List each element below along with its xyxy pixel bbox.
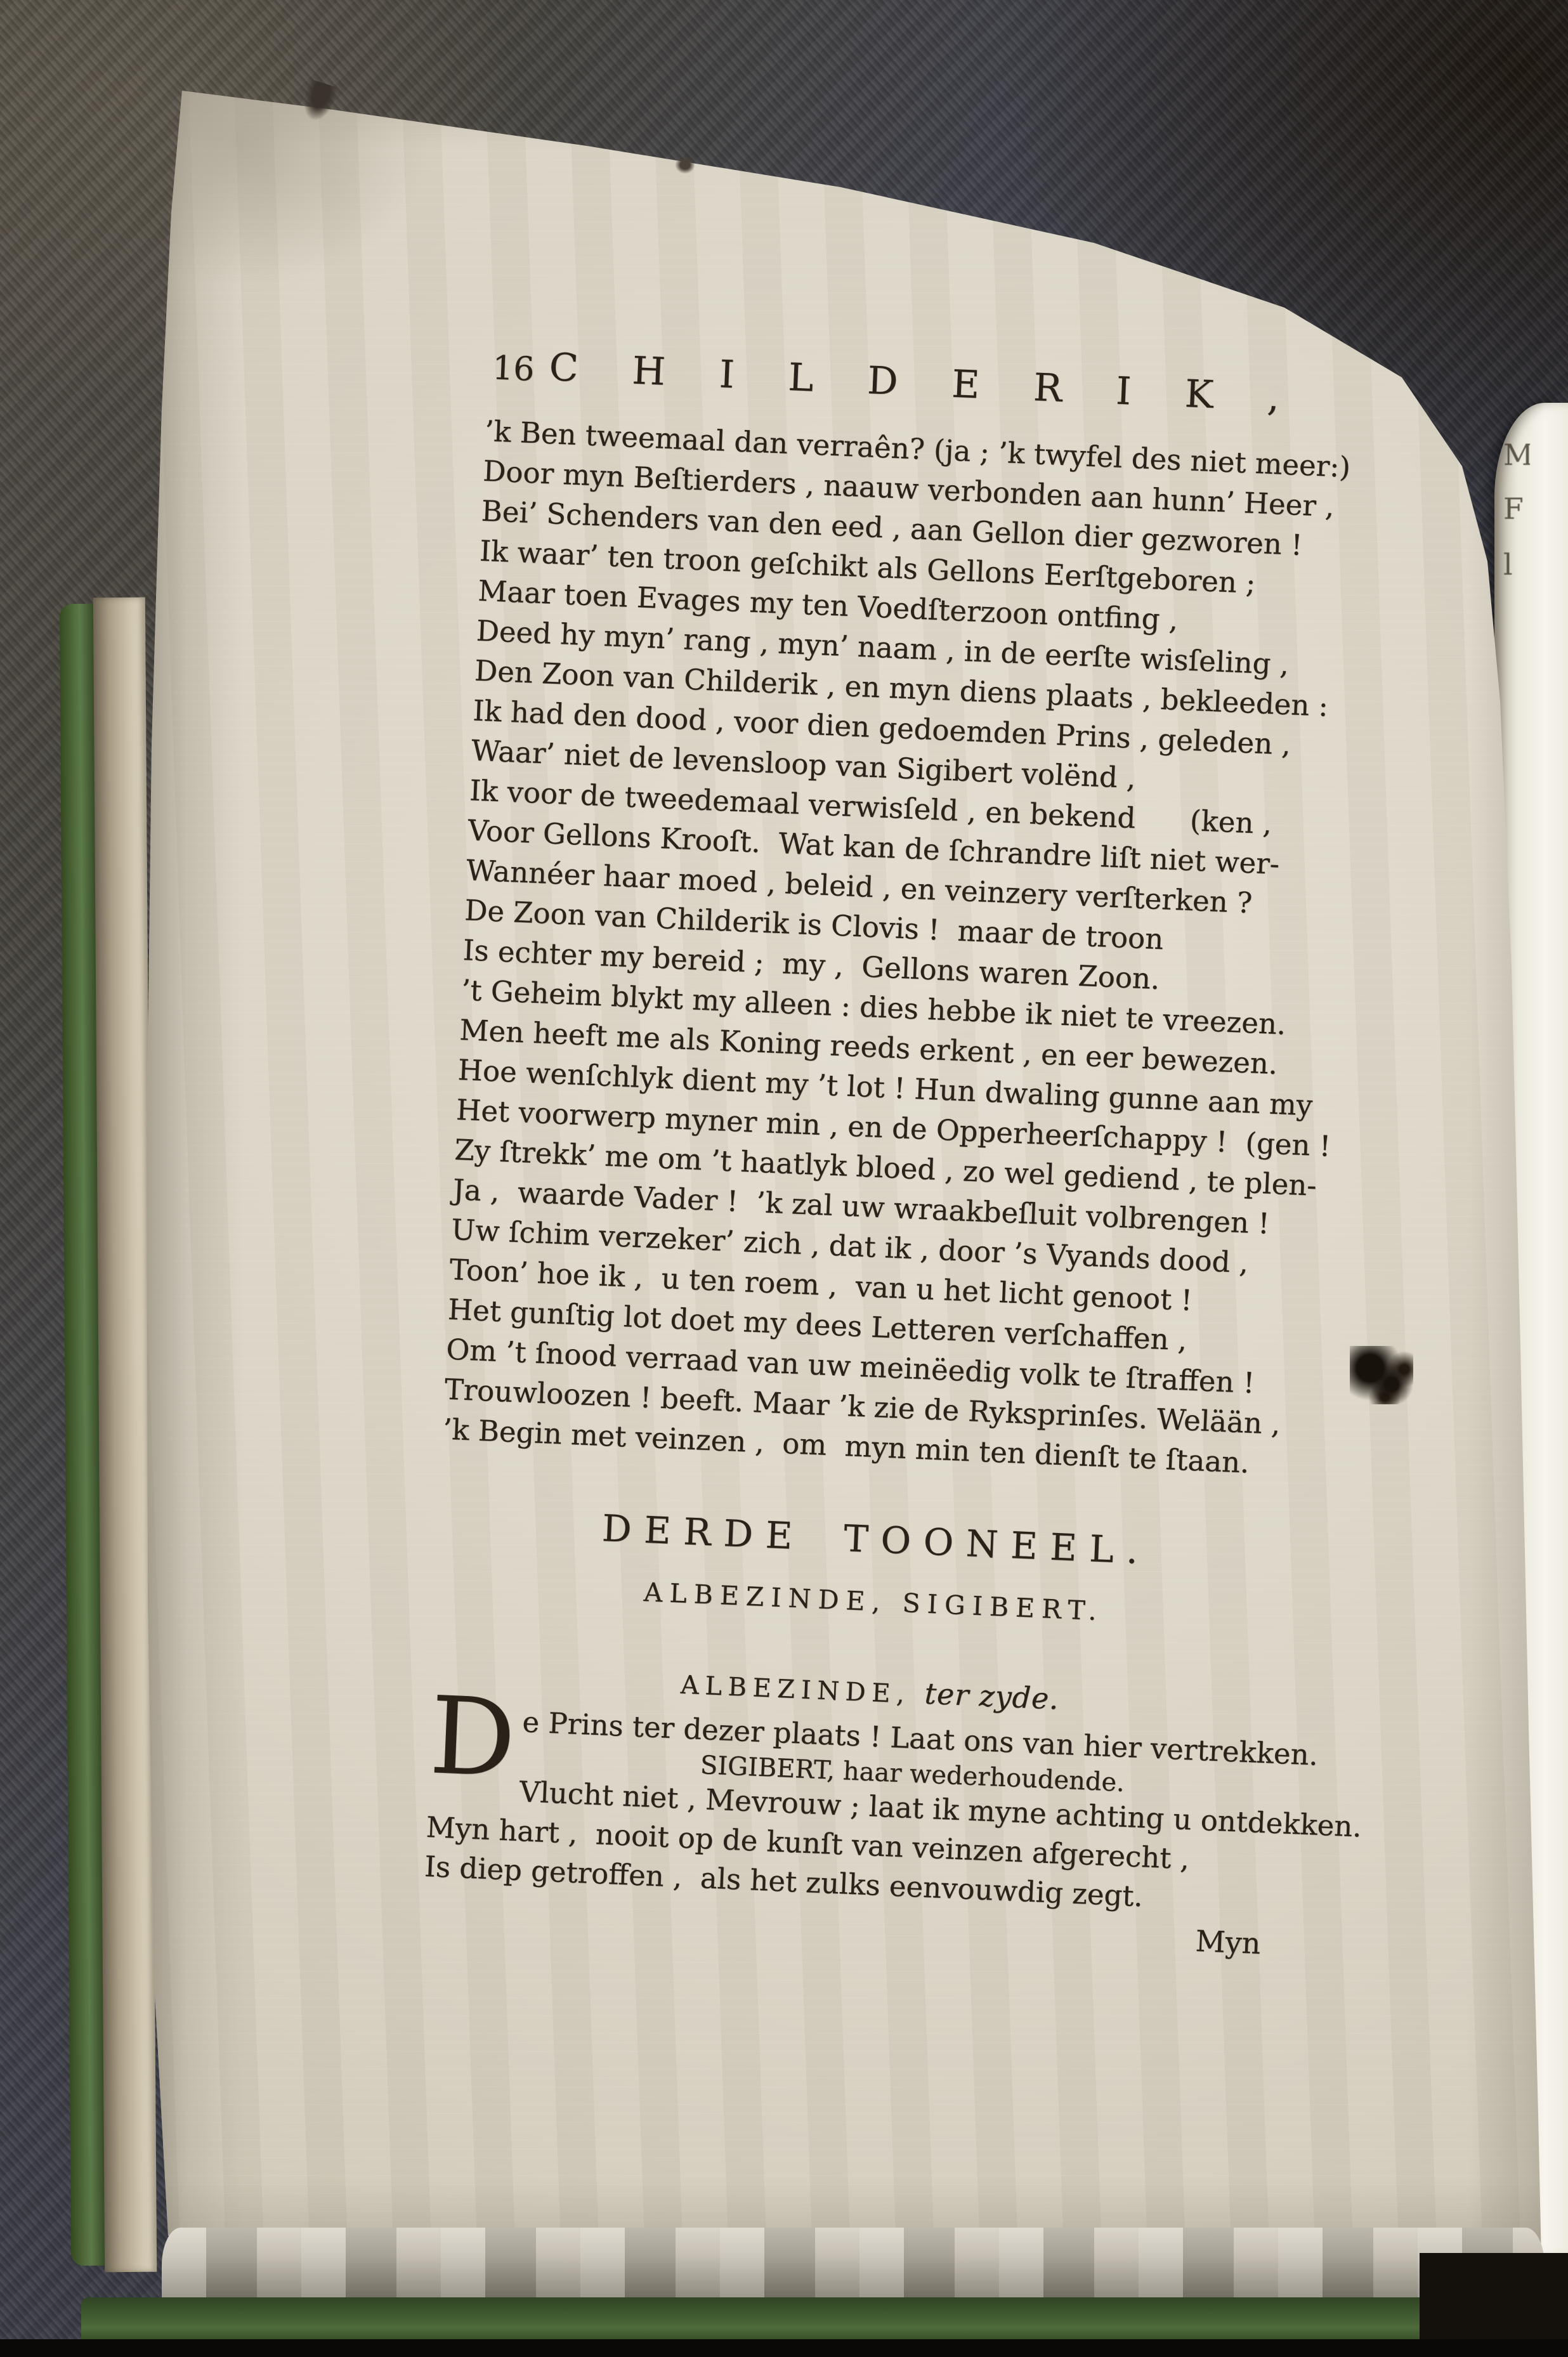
speech-block: D e Prins ter dezer plaats ! Laat ons va… <box>424 1699 1306 1923</box>
book-page: 16 C H I L D E R I K , ’k Ben tweemaal d… <box>143 79 1545 2268</box>
ink-smudge <box>1350 1346 1413 1404</box>
characters-heading: ALBEZINDE, SIGIBERT. <box>436 1568 1312 1635</box>
page-number: 16 <box>492 349 535 389</box>
page-header: 16 C H I L D E R I K , <box>487 343 1363 426</box>
drop-cap-initial: D <box>428 1694 523 1781</box>
shadow-bottom <box>0 2339 1568 2357</box>
stage-direction-italic: ter zyde. <box>924 1676 1060 1716</box>
facing-page-text-fragment: l <box>1503 547 1530 584</box>
running-title: C H I L D E R I K , <box>487 343 1363 424</box>
scene-heading: DERDE TOONEEL. <box>438 1499 1315 1579</box>
facing-page-text-fragment: M <box>1503 438 1530 474</box>
page-stack-gutter <box>93 597 157 2273</box>
facing-page-text-fragment: F <box>1503 492 1530 528</box>
book-photograph: M F l 16 C H I L D E R I K , ’k Ben twee… <box>0 0 1568 2357</box>
speaker-name: ALBEZINDE, <box>680 1671 925 1710</box>
paper-flaw-mark <box>675 156 695 174</box>
printed-text: 16 C H I L D E R I K , ’k Ben tweemaal d… <box>422 343 1362 1962</box>
verse-block: ’k Ben tweemaal dan verraên? (ja ; ’k tw… <box>442 411 1360 1485</box>
